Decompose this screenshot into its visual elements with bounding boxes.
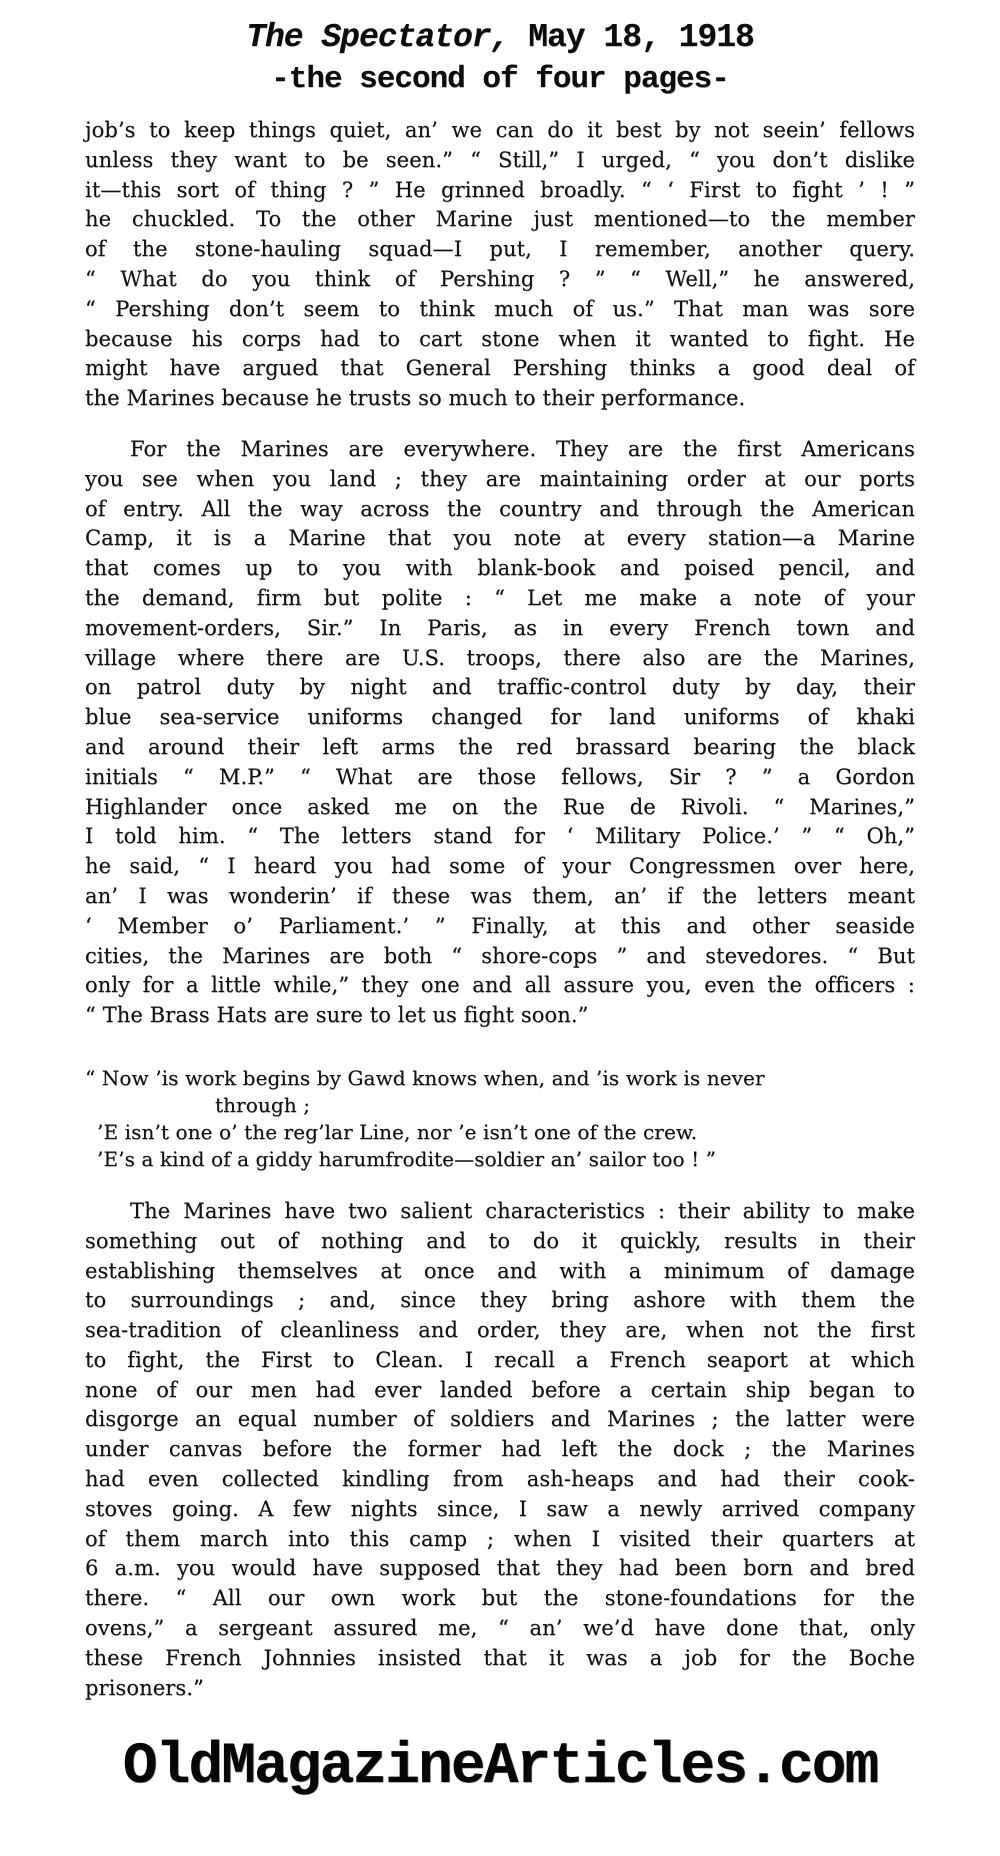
text-line: because his corps had to cart stone when… xyxy=(85,325,915,355)
text-line: to fight, the First to Clean. I recall a… xyxy=(85,1346,915,1376)
text-line: stoves going. A few nights since, I saw … xyxy=(85,1495,915,1525)
scanned-page: The Spectator, May 18, 1918 -the second … xyxy=(0,0,1000,1856)
text-line: job’s to keep things quiet, an’ we can d… xyxy=(85,116,915,146)
text-line: “ What do you think of Pershing ? ” “ We… xyxy=(85,265,915,295)
text-line: there. “ All our own work but the stone-… xyxy=(85,1584,915,1614)
page-footer: OldMagazineArticles.com xyxy=(0,1737,1000,1799)
text-line: only for a little while,” they one and a… xyxy=(85,971,915,1001)
text-line: to surroundings ; and, since they bring … xyxy=(85,1286,915,1316)
text-line: of entry. All the way across the country… xyxy=(85,495,915,525)
text-line: ’E’s a kind of a giddy harumfrodite—sold… xyxy=(85,1146,915,1173)
text-line: disgorge an equal number of soldiers and… xyxy=(85,1405,915,1435)
text-line: prisoners.” xyxy=(85,1674,915,1704)
text-line: he chuckled. To the other Marine just me… xyxy=(85,205,915,235)
text-line: might have argued that General Pershing … xyxy=(85,354,915,384)
text-line: The Marines have two salient characteris… xyxy=(85,1197,915,1227)
text-line: an’ I was wonderin’ if these was them, a… xyxy=(85,882,915,912)
text-line: of the stone-hauling squad—I put, I reme… xyxy=(85,235,915,265)
text-line: village where there are U.S. troops, the… xyxy=(85,644,915,674)
text-line: sea-tradition of cleanliness and order, … xyxy=(85,1316,915,1346)
publication-title: The Spectator, May 18, 1918 xyxy=(0,16,1000,60)
text-line: 6 a.m. you would have supposed that they… xyxy=(85,1554,915,1584)
text-line: establishing themselves at once and with… xyxy=(85,1257,915,1287)
text-line: Highlander once asked me on the Rue de R… xyxy=(85,793,915,823)
text-line: through ; xyxy=(85,1092,915,1119)
page-subtitle: -the second of four pages- xyxy=(0,60,1000,100)
text-line: that comes up to you with blank-book and… xyxy=(85,554,915,584)
text-line: I told him. “ The letters stand for ‘ Mi… xyxy=(85,822,915,852)
watermark-text: OldMagazineArticles.com xyxy=(0,1737,1000,1799)
text-line: cities, the Marines are both “ shore-cop… xyxy=(85,942,915,972)
text-line: and around their left arms the red brass… xyxy=(85,733,915,763)
text-line: unless they want to be seen.” “ Still,” … xyxy=(85,146,915,176)
text-line: he said, “ I heard you had some of your … xyxy=(85,852,915,882)
text-line: ’E isn’t one o’ the reg’lar Line, nor ’e… xyxy=(85,1119,915,1146)
page-header: The Spectator, May 18, 1918 -the second … xyxy=(0,16,1000,100)
verse-block: “ Now ’is work begins by Gawd knows when… xyxy=(85,1065,915,1173)
publication-name: The Spectator, xyxy=(246,19,509,56)
text-line: you see when you land ; they are maintai… xyxy=(85,465,915,495)
text-line: the Marines because he trusts so much to… xyxy=(85,384,915,414)
text-line: “ The Brass Hats are sure to let us figh… xyxy=(85,1001,915,1031)
text-line: something out of nothing and to do it qu… xyxy=(85,1227,915,1257)
text-line: “ Now ’is work begins by Gawd knows when… xyxy=(85,1065,915,1092)
text-line: of them march into this camp ; when I vi… xyxy=(85,1525,915,1555)
text-line: none of our men had ever landed before a… xyxy=(85,1376,915,1406)
publication-date: May 18, 1918 xyxy=(509,19,753,56)
text-line: movement-orders, Sir.” In Paris, as in e… xyxy=(85,614,915,644)
text-line: ‘ Member o’ Parliament.’ ” Finally, at t… xyxy=(85,912,915,942)
text-line: these French Johnnies insisted that it w… xyxy=(85,1644,915,1674)
paragraph: job’s to keep things quiet, an’ we can d… xyxy=(85,116,915,414)
paragraph: For the Marines are everywhere. They are… xyxy=(85,435,915,1031)
paragraph: The Marines have two salient characteris… xyxy=(85,1197,915,1704)
text-line: initials “ M.P.” “ What are those fellow… xyxy=(85,763,915,793)
text-line: on patrol duty by night and traffic-cont… xyxy=(85,673,915,703)
text-line: under canvas before the former had left … xyxy=(85,1435,915,1465)
text-line: “ Pershing don’t seem to think much of u… xyxy=(85,295,915,325)
text-line: the demand, firm but polite : “ Let me m… xyxy=(85,584,915,614)
text-line: ovens,” a sergeant assured me, “ an’ we’… xyxy=(85,1614,915,1644)
text-line: Camp, it is a Marine that you note at ev… xyxy=(85,524,915,554)
text-line: it—this sort of thing ? ” He grinned bro… xyxy=(85,176,915,206)
text-line: had even collected kindling from ash-hea… xyxy=(85,1465,915,1495)
text-line: For the Marines are everywhere. They are… xyxy=(85,435,915,465)
article-body: job’s to keep things quiet, an’ we can d… xyxy=(85,116,915,1703)
text-line: blue sea-service uniforms changed for la… xyxy=(85,703,915,733)
